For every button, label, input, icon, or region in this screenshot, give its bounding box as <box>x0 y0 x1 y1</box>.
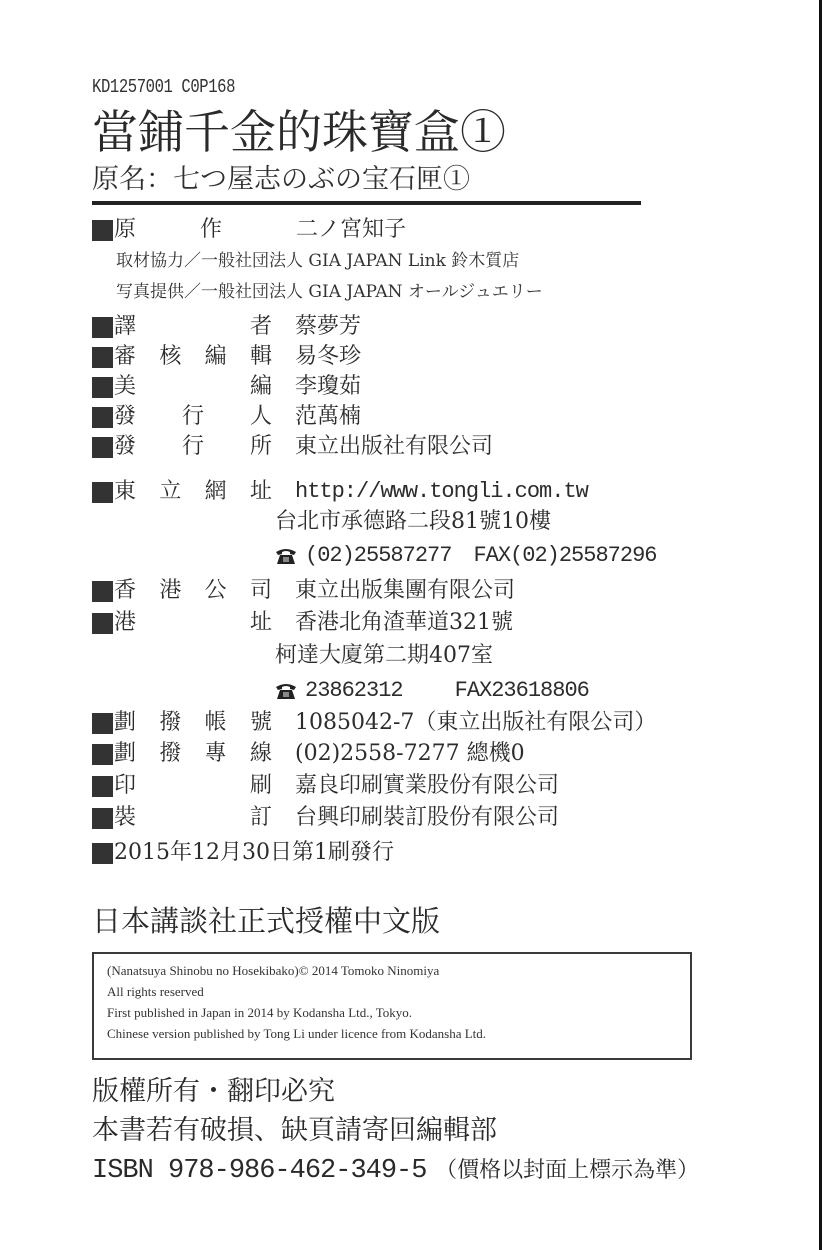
price-note: （價格以封面上標示為準） <box>435 1158 699 1183</box>
hk-address-2: 柯達大廈第二期407室 <box>275 641 493 671</box>
credit-label: 發 行 所 <box>114 432 272 462</box>
credit-row-binder: 裝 訂 台興印刷裝訂股份有限公司 <box>92 803 559 833</box>
credit-value: 蔡夢芳 <box>295 312 361 342</box>
bullet-square-icon <box>92 377 113 398</box>
original-title: 原名：七つ屋志のぶの宝石匣① <box>92 163 470 197</box>
credit-row-hk-address: 港 址 香港北角渣華道321號 <box>92 608 513 638</box>
credit-row-review-editor: 審 核 編 輯 易冬珍 <box>92 342 361 372</box>
tw-contact-line: (02)25587277 FAX(02)25587296 <box>275 541 656 571</box>
cooperation-credit: 取材協力／一般社団法人 GIA JAPAN Link 鈴木質店 <box>116 249 519 273</box>
credit-value: 嘉良印刷實業股份有限公司 <box>295 771 559 801</box>
bullet-square-icon <box>92 843 113 864</box>
hk-fax: FAX23618806 <box>455 676 589 706</box>
credit-label: 裝 訂 <box>114 803 272 833</box>
credit-label: 劃 撥 專 線 <box>114 739 272 769</box>
credit-value: 香港北角渣華道321號 <box>295 608 513 638</box>
credit-label: 港 址 <box>114 608 272 638</box>
release-date-row: 2015年12月30日第1刷發行 <box>92 838 394 868</box>
credit-value: (02)2558-7277 總機0 <box>295 739 525 769</box>
credit-label: 發 行 人 <box>114 402 272 432</box>
copyright-line: First published in Japan in 2014 by Koda… <box>107 1002 690 1023</box>
title-divider <box>92 201 641 205</box>
rights-notice: 版權所有・翻印必究 <box>92 1074 335 1110</box>
bullet-square-icon <box>92 581 113 602</box>
license-heading: 日本講談社正式授權中文版 <box>92 902 440 940</box>
bullet-square-icon <box>92 713 113 734</box>
credit-value: 1085042-7（東立出版社有限公司） <box>295 708 656 738</box>
credit-row-printer: 印 刷 嘉良印刷實業股份有限公司 <box>92 771 559 801</box>
credit-row-publisher-company: 發 行 所 東立出版社有限公司 <box>92 432 493 462</box>
page-edge-border <box>819 0 822 1250</box>
bullet-square-icon <box>92 776 113 797</box>
credit-label: 印 刷 <box>114 771 272 801</box>
hk-contact-line: 23862312 FAX23618806 <box>275 676 589 706</box>
isbn-number: ISBN 978-986-462-349-5 <box>92 1156 426 1186</box>
credit-label: 原 作 <box>114 215 222 245</box>
copyright-line: (Nanatsuya Shinobu no Hosekibako)© 2014 … <box>107 960 690 981</box>
credit-value: 台興印刷裝訂股份有限公司 <box>295 803 559 833</box>
website-link[interactable]: http://www.tongli.com.tw <box>295 477 588 507</box>
bullet-square-icon <box>92 808 113 829</box>
copyright-line: Chinese version published by Tong Li und… <box>107 1023 690 1044</box>
bullet-square-icon <box>92 613 113 634</box>
credit-row-art-editor: 美 編 李瓊茹 <box>92 372 361 402</box>
tw-phone: (02)25587277 <box>305 541 451 571</box>
credit-row-hk-company: 香 港 公 司 東立出版集團有限公司 <box>92 576 515 606</box>
bullet-square-icon <box>92 407 113 428</box>
credit-value: 易冬珍 <box>295 342 361 372</box>
bullet-square-icon <box>92 317 113 338</box>
credit-row-transfer-account: 劃 撥 帳 號 1085042-7（東立出版社有限公司） <box>92 708 656 738</box>
telephone-icon <box>275 547 297 565</box>
bullet-square-icon <box>92 437 113 458</box>
credit-row-publisher-person: 發 行 人 范萬楠 <box>92 402 361 432</box>
credit-value: 東立出版社有限公司 <box>295 432 493 462</box>
credit-row-author: 原 作 二ノ宮知子 <box>92 215 406 245</box>
book-title: 當鋪千金的珠寶盒① <box>92 104 506 160</box>
photo-credit: 写真提供／一般社団法人 GIA JAPAN オールジュエリー <box>116 280 543 304</box>
bullet-square-icon <box>92 482 113 503</box>
credit-value: 東立出版集團有限公司 <box>295 576 515 606</box>
credit-label: 譯 者 <box>114 312 272 342</box>
bullet-square-icon <box>92 220 113 241</box>
copyright-line: All rights reserved <box>107 981 690 1002</box>
product-code: KD1257001 C0P168 <box>92 76 235 98</box>
credit-row-transfer-hotline: 劃 撥 專 線 (02)2558-7277 總機0 <box>92 739 525 769</box>
credit-value: 李瓊茹 <box>295 372 361 402</box>
credit-label: 美 編 <box>114 372 272 402</box>
bullet-square-icon <box>92 347 113 368</box>
credit-label: 香 港 公 司 <box>114 576 272 606</box>
hk-phone: 23862312 <box>305 676 403 706</box>
bullet-square-icon <box>92 744 113 765</box>
copyright-box: (Nanatsuya Shinobu no Hosekibako)© 2014 … <box>92 952 692 1060</box>
credit-value: 二ノ宮知子 <box>296 215 406 245</box>
credit-label: 審 核 編 輯 <box>114 342 272 372</box>
release-date: 2015年12月30日第1刷發行 <box>114 838 394 868</box>
tw-address: 台北市承德路二段81號10樓 <box>275 507 551 537</box>
telephone-icon <box>275 682 297 700</box>
return-notice: 本書若有破損、缺頁請寄回編輯部 <box>92 1113 497 1149</box>
credit-row-website: 東 立 網 址 http://www.tongli.com.tw <box>92 477 588 507</box>
isbn-line: ISBN 978-986-462-349-5 （價格以封面上標示為準） <box>92 1151 699 1189</box>
credit-row-translator: 譯 者 蔡夢芳 <box>92 312 361 342</box>
tw-fax: FAX(02)25587296 <box>473 541 656 571</box>
credit-label: 劃 撥 帳 號 <box>114 708 272 738</box>
credit-label: 東 立 網 址 <box>114 477 272 507</box>
credit-value: 范萬楠 <box>295 402 361 432</box>
